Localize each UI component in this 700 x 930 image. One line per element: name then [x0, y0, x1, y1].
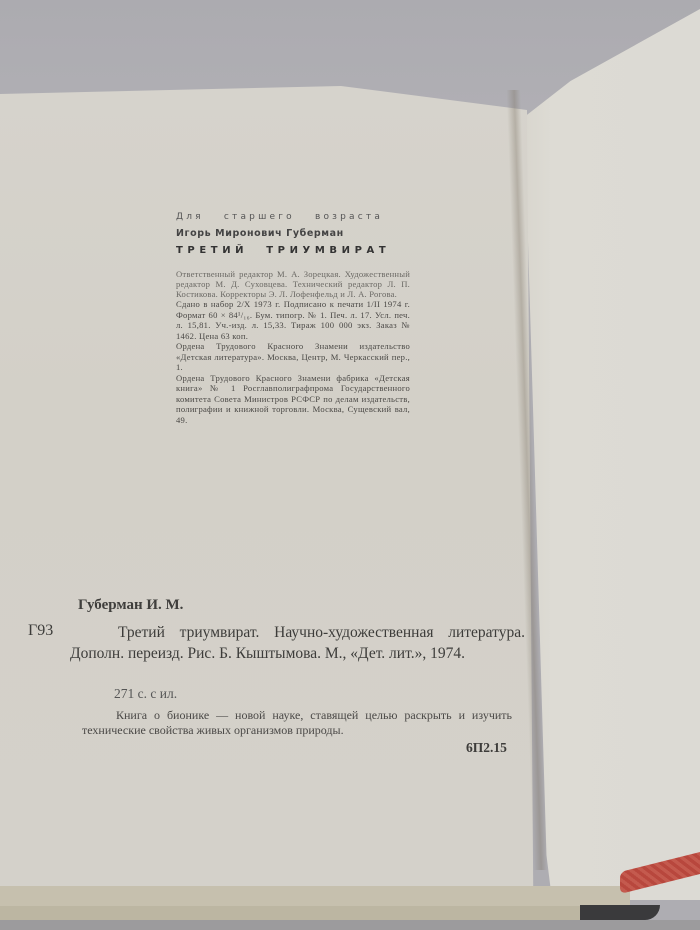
catalog-author-mark: Г93: [28, 622, 53, 640]
credit-line: Ответственный редактор М. А. Зорецкая.: [176, 269, 341, 279]
book-title-caps: ТРЕТИЙ ТРИУМВИРАТ: [176, 245, 410, 256]
page-stack-edge: [0, 886, 630, 906]
publisher-info: Ордена Трудового Красного Знамени издате…: [176, 341, 410, 373]
catalog-description: Третий триумвират. Научно-художественная…: [70, 622, 525, 664]
production-details: Сдано в набор 2/X 1973 г. Подписано к пе…: [176, 299, 410, 341]
cover-spine-dark: [580, 905, 660, 920]
printer-info: Ордена Трудового Красного Знамени фабрик…: [176, 373, 410, 426]
imprint-block: Для старшего возраста Игорь Миронович Гу…: [176, 212, 410, 425]
author-full-name: Игорь Миронович Губерман: [176, 228, 410, 239]
audience-label: Для старшего возраста: [176, 212, 410, 222]
credit-line: Корректоры Э. Л. Лофенфельд и Л. А. Рого…: [220, 289, 397, 299]
catalog-pages: 271 с. с ил.: [114, 686, 177, 702]
catalog-author-heading: Губерман И. М.: [78, 597, 183, 614]
book-cover-edge: [0, 906, 585, 920]
catalog-annotation: Книга о бионике — новой науке, ставящей …: [82, 708, 512, 738]
catalog-classification: 6П2.15: [466, 740, 507, 756]
editorial-credits: Ответственный редактор М. А. Зорецкая. Х…: [176, 269, 410, 299]
table-surface: [0, 920, 700, 930]
